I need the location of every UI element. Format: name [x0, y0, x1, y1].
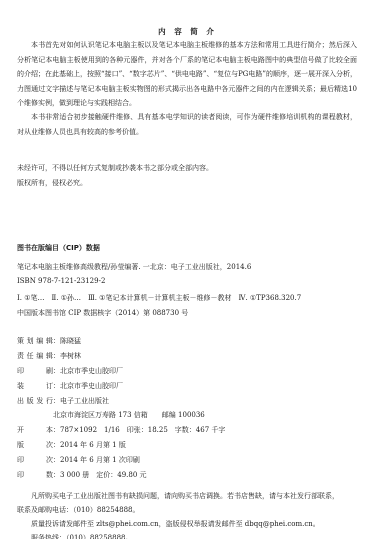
- credit-binder: 装 订：北京市季史山胶印厂: [17, 381, 123, 391]
- summary-title: 内 容 简 介: [0, 26, 375, 37]
- notice-phone: 联系及邮购电话：（010）88254888。: [17, 505, 140, 515]
- cip-book-line: 笔记本电脑主板维修高级教程/孙莹编著. 一北京：电子工业出版社，2014.6: [17, 262, 251, 272]
- spec-edition: 版 次：2014 年 6 月第 1 版: [17, 440, 126, 450]
- summary-paragraph-1: 本书首先对如何认识笔记本电脑主板以及笔记本电脑主板维修的基本方法和常用工具进行简…: [17, 38, 357, 111]
- copyright-notice: 未经许可，不得以任何方式复制或抄袭本书之部分或全部内容。: [17, 163, 213, 173]
- credit-planning-editor: 策划编辑：陈晓猛: [17, 336, 81, 346]
- cip-record: 中国版本图书馆 CIP 数据核字（2014）第 088730 号: [17, 308, 188, 318]
- notice-defects: 凡所购买电子工业出版社图书有缺损问题，请向购买书店调换。若书店售缺，请与本社发行…: [31, 491, 339, 501]
- spec-format: 开 本：787×1092 1/16 印张：18.25 字数：467 千字: [17, 425, 225, 435]
- credit-publisher: 出版发行：电子工业出版社: [17, 396, 109, 406]
- publisher-address: 北京市海淀区万寿路 173 信箱 邮编 100036: [17, 410, 205, 420]
- credit-responsible-editor: 责任编辑：李树林: [17, 351, 81, 361]
- copyright-page: 内 容 简 介 本书首先对如何认识笔记本电脑主板以及笔记本电脑主板维修的基本方法…: [0, 0, 375, 539]
- cip-isbn: ISBN 978-7-121-23129-2: [17, 276, 105, 286]
- rights-reserved: 版权所有，侵权必究。: [17, 178, 87, 188]
- notice-email: 质量投诉请发邮件至 zlts@phei.com.cn，盗版侵权举报请发邮件至 d…: [31, 519, 320, 529]
- spec-print-run: 印 数：3 000 册 定价：49.80 元: [17, 470, 147, 480]
- credit-printer: 印 刷：北京市季史山胶印厂: [17, 366, 123, 376]
- notice-hotline: 服务热线：（010）88258888。: [31, 533, 133, 539]
- cip-title: 图书在版编目（CIP）数据: [17, 243, 100, 253]
- summary-paragraph-2: 本书非常适合初步接触硬件维修、具有基本电学知识的读者阅读，可作为硬件维修培训机构…: [17, 110, 357, 139]
- cip-classification: Ⅰ. ①笔… Ⅱ. ①孙… Ⅲ. ①笔记本计算机－计算机主板－维修－教材 Ⅳ. …: [17, 293, 301, 303]
- spec-impression: 印 次：2014 年 6 月第 1 次印刷: [17, 455, 140, 465]
